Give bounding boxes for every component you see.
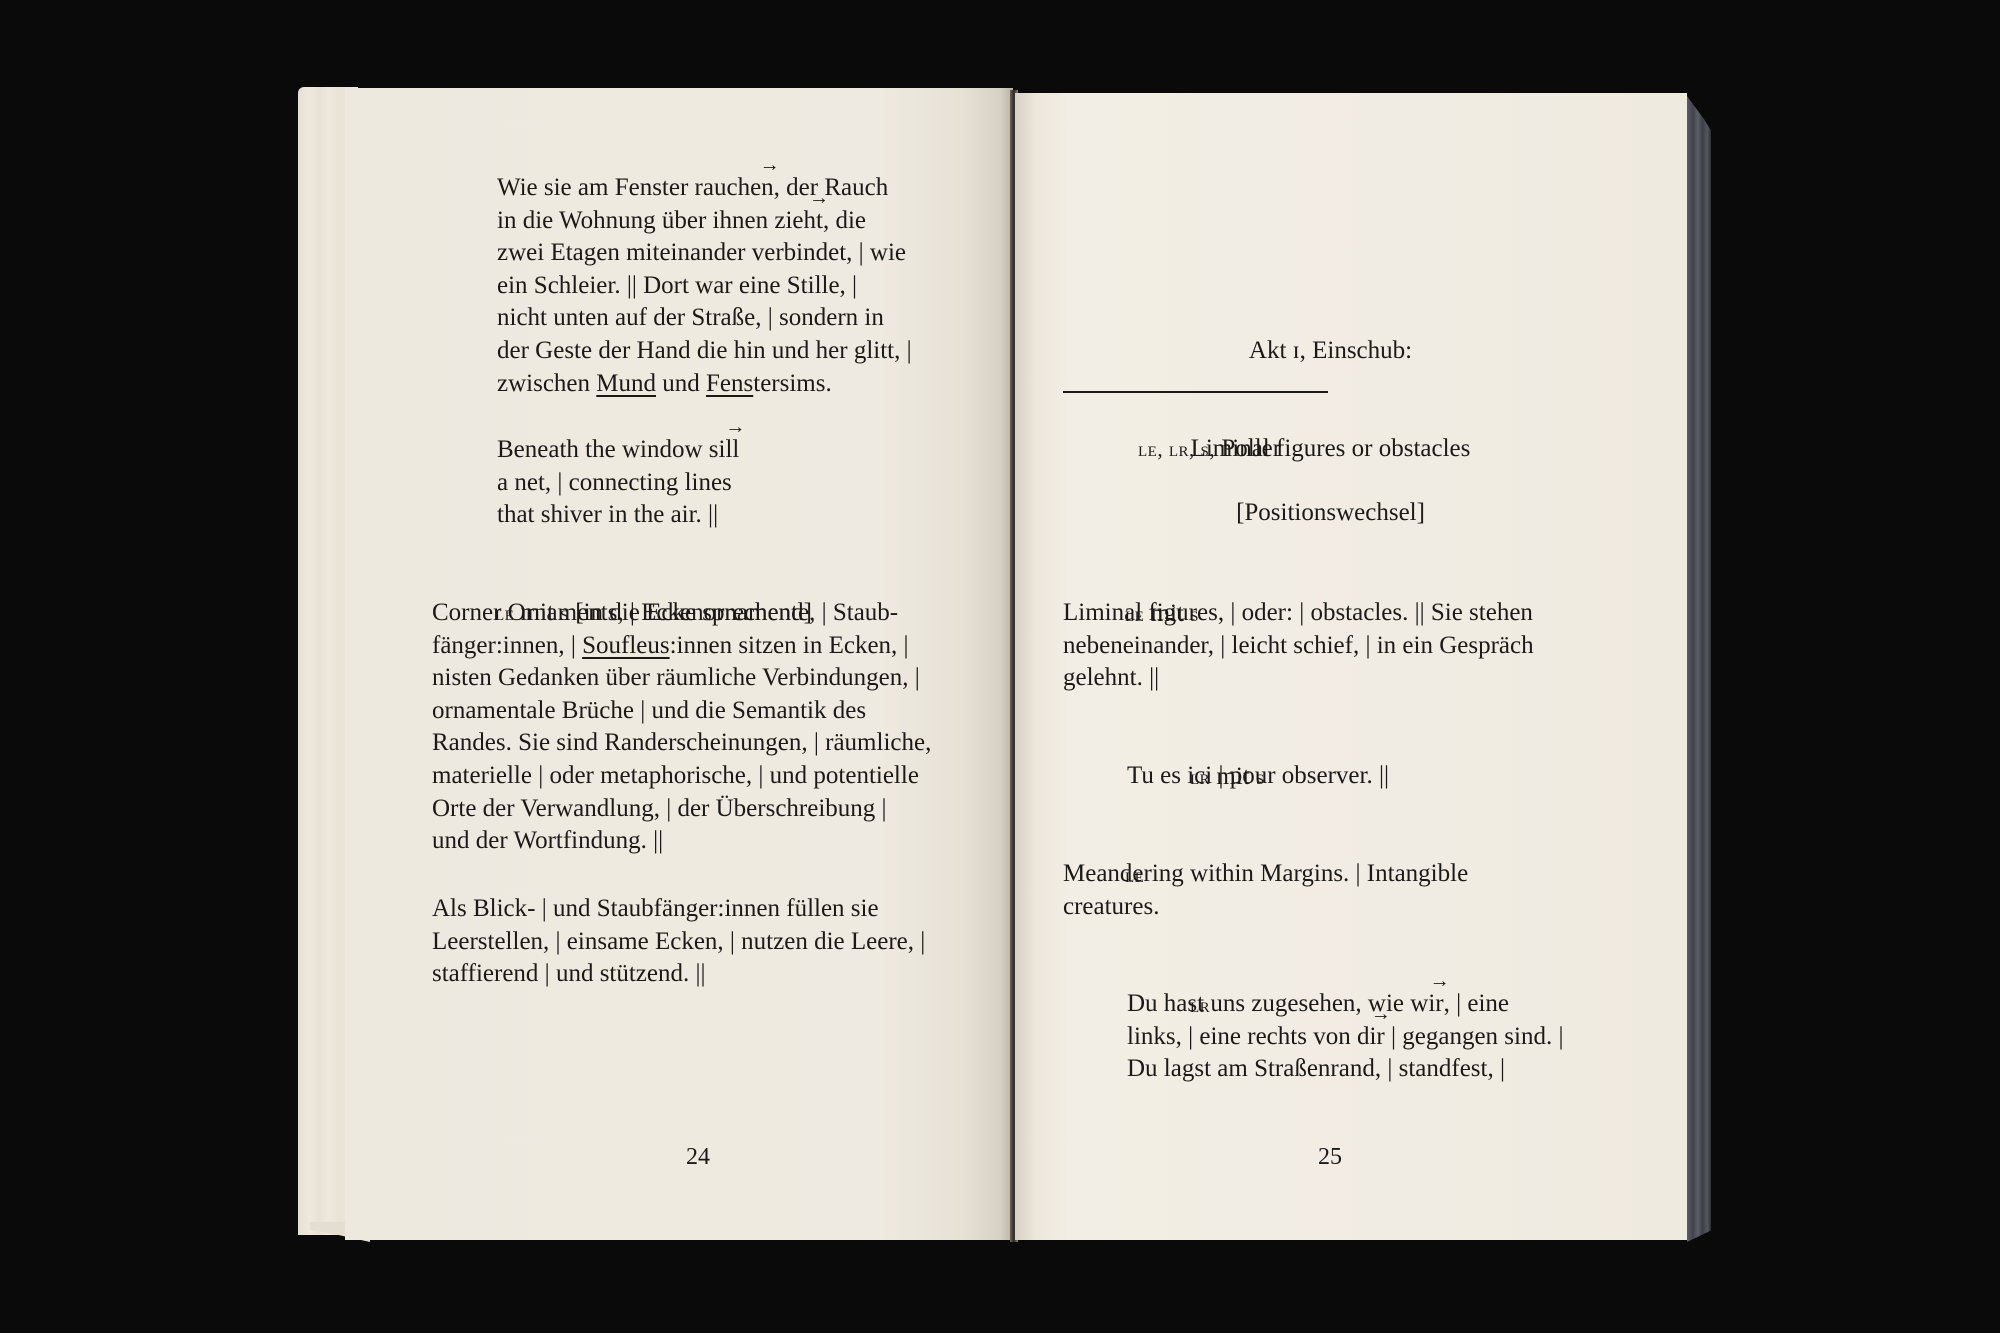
text-line: Wie sie am Fenster rauchen, der Rauch: [497, 172, 912, 205]
cast-speakers: le, lr, s,: [1138, 437, 1215, 461]
text-line: Liminal figures, | oder: | obstacles. ||…: [1063, 597, 1534, 630]
arrow-marked-word: dir: [1357, 1021, 1385, 1054]
text-line: nicht unten auf der Straße, | sondern in: [497, 302, 912, 335]
text-line: Orte der Verwandlung, | der Überschreibu…: [432, 793, 931, 826]
text-line: und der Wortfindung. ||: [432, 825, 931, 858]
text-line: nisten Gedanken über räumliche Verbindun…: [432, 662, 931, 695]
arrow-marked-word: zieht: [774, 205, 823, 238]
left-paragraph-1: Wie sie am Fenster rauchen, der Rauchin …: [497, 172, 912, 400]
cast-list: le, lr, s, Poller: [1113, 400, 1281, 498]
left-verse: Beneath the window silla net, | connecti…: [497, 434, 739, 532]
text-line: a net, | connecting lines: [497, 467, 739, 500]
left-paragraph-2: Corner Ornaments, | Eckenornamente, | St…: [432, 597, 931, 858]
underlined-word: Mund: [596, 370, 656, 397]
text-line: materielle | oder metaphorische, | und p…: [432, 760, 931, 793]
text-line: fänger:innen, | Soufleus:innen sitzen in…: [432, 630, 931, 663]
underlined-word: Fens: [706, 370, 753, 397]
text-line: Corner Ornaments, | Eckenornamente, | St…: [432, 597, 931, 630]
dialogue-1-text: Liminal figures, | oder: | obstacles. ||…: [1063, 597, 1534, 695]
text-line: Du lagst am Straßenrand, | standfest, |: [1127, 1053, 1563, 1086]
dialogue-2-text: Tu es ici | pour observer. ||: [1127, 760, 1389, 793]
text-line: ornamentale Brüche | und die Semantik de…: [432, 695, 931, 728]
page-number-left: 24: [686, 1144, 710, 1171]
section-rule: [1063, 391, 1328, 393]
text-line: zwischen Mund und Fenstersims.: [497, 368, 912, 401]
text-line: Randes. Sie sind Randerscheinungen, | rä…: [432, 727, 931, 760]
text-line: Beneath the window sill: [497, 434, 739, 467]
text-line: links, | eine rechts von dir | gegangen …: [1127, 1021, 1563, 1054]
text-line: ein Schleier. || Dort war eine Stille, |: [497, 270, 912, 303]
text-line: Als Blick- | und Staubfänger:innen fülle…: [432, 893, 925, 926]
text-line: der Geste der Hand die hin und her glitt…: [497, 335, 912, 368]
text-line: gelehnt. ||: [1063, 662, 1534, 695]
text-line: Du hast uns zugesehen, wie wir, | eine: [1127, 988, 1563, 1021]
stage-direction-positionswechsel: [Positionswechsel]: [1063, 497, 1598, 530]
text-line: nebeneinander, | leicht schief, | in ein…: [1063, 630, 1534, 663]
text-line: Tu es ici | pour observer. ||: [1127, 760, 1389, 793]
text-line: staffierend | und stützend. ||: [432, 958, 925, 991]
arrow-marked-word: rauchen: [695, 172, 774, 205]
page-number-right: 25: [1318, 1144, 1342, 1171]
right-fore-edge: [1687, 96, 1711, 1242]
book-photo: Wie sie am Fenster rauchen, der Rauchin …: [0, 0, 2000, 1333]
text-line: that shiver in the air. ||: [497, 499, 739, 532]
underlined-word: Soufleus: [582, 632, 670, 659]
text-line: Meandering within Margins. | Intangible: [1063, 858, 1468, 891]
dialogue-4-text: Du hast uns zugesehen, wie wir, | eineli…: [1127, 988, 1563, 1086]
cast-extra: Poller: [1215, 435, 1281, 462]
act-title-line-1: Akt ɪ, Einschub:: [1063, 335, 1598, 368]
text-line: in die Wohnung über ihnen zieht, die: [497, 205, 912, 238]
text-line: zwei Etagen miteinander verbindet, | wie: [497, 237, 912, 270]
text-line: Leerstellen, | einsame Ecken, | nutzen d…: [432, 926, 925, 959]
text-line: creatures.: [1063, 891, 1468, 924]
arrow-marked-word: sill: [709, 434, 740, 467]
dialogue-3-text: Meandering within Margins. | Intangiblec…: [1063, 858, 1468, 923]
left-paragraph-3: Als Blick- | und Staubfänger:innen fülle…: [432, 893, 925, 991]
arrow-marked-word: wir: [1410, 988, 1443, 1021]
